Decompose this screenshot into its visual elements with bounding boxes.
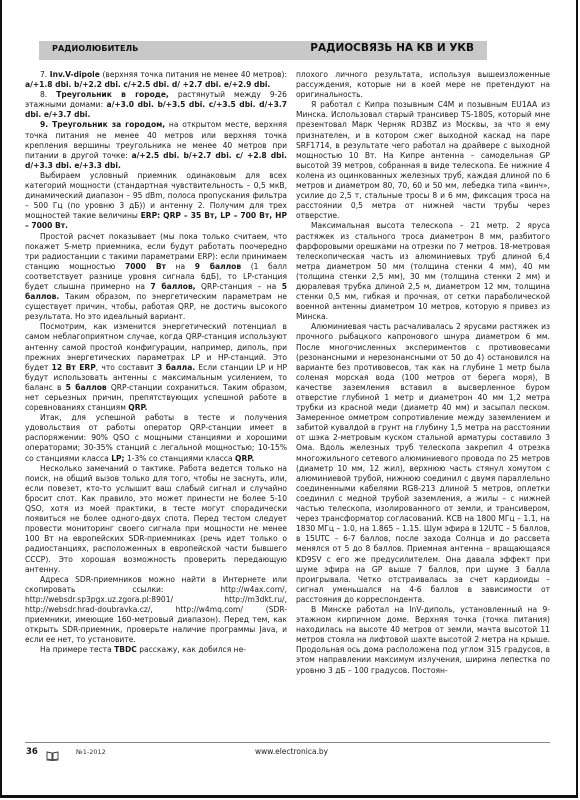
issue-number: №1-2012 — [76, 748, 106, 756]
paragraph: Максимальная высота телескопа – 21 метр.… — [296, 221, 550, 322]
paragraph: 9. Треугольник за городом, на открытом м… — [25, 120, 287, 170]
paragraph: В Минске работал на InV-диполь, установл… — [296, 605, 550, 676]
paragraph: Выбираем условный приемник одинаковым дл… — [25, 171, 287, 232]
paragraph: Несколько замечаний о тактике. Работа ве… — [25, 464, 287, 575]
paragraph: Посмотрим, как изменится энергетический … — [25, 322, 287, 413]
left-column: 7. Inv.V-dipole (верхняя точка питания н… — [25, 70, 287, 655]
paragraph: Итак, для успешной работы в тесте и полу… — [25, 413, 287, 463]
page-number: 36 — [26, 747, 38, 757]
paragraph: 7. Inv.V-dipole (верхняя точка питания н… — [25, 70, 287, 90]
paragraph: Алюминиевая часть расчаливалась 2 ярусам… — [296, 322, 550, 605]
section-title: РАДИОСВЯЗЬ НА КВ И УКВ — [310, 42, 474, 54]
footer-divider — [25, 742, 250, 743]
paragraph: плохого личного результата, используя вы… — [296, 70, 550, 100]
magazine-name: РАДИОЛЮБИТЕЛЬ — [52, 44, 138, 53]
paragraph-links: Адреса SDR-приемников можно найти в Инте… — [25, 575, 287, 646]
paragraph: На примере теста TBDC расскажу, как доби… — [25, 645, 287, 655]
paragraph: Я работал с Кипра позывным C4M и позывны… — [296, 100, 550, 221]
paragraph: Простой расчет показывает (мы пока тольк… — [25, 232, 287, 323]
paragraph: 8. Треугольник в городе, растянутый межд… — [25, 90, 287, 120]
right-column: плохого личного результата, используя вы… — [296, 70, 550, 676]
website-link[interactable]: www.electronica.by — [255, 747, 328, 756]
running-header: РАДИОЛЮБИТЕЛЬ РАДИОСВЯЗЬ НА КВ И УКВ — [39, 41, 487, 60]
footer-divider — [250, 742, 550, 743]
book-icon — [46, 746, 59, 756]
